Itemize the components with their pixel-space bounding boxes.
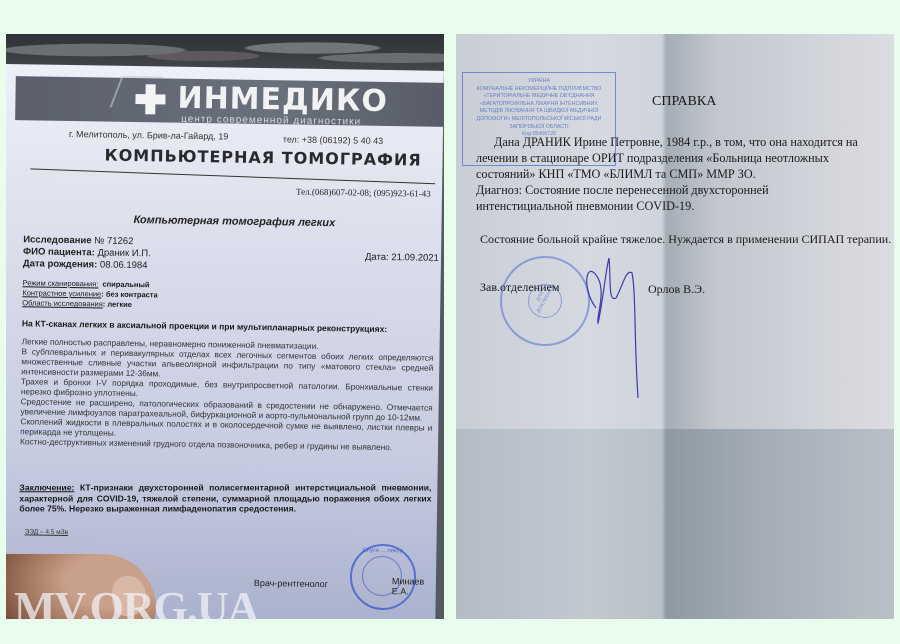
body-line: интенстициальной пневмонии COVID-19. bbox=[476, 198, 894, 214]
doctor-name: Минаев Е.А. bbox=[392, 576, 436, 597]
dob-value: 08.06.1984 bbox=[100, 260, 148, 272]
stamp-line: «ТЕРИТОРІАЛЬНЕ МЕДИЧНЕ ОБ'ЄДНАННЯ bbox=[464, 93, 614, 101]
scan-mode: спиральный bbox=[102, 280, 149, 290]
stamp-line: ЗАПОРІЗЬКОЇ ОБЛАСТІ bbox=[464, 124, 614, 132]
date-value: 21.09.2021 bbox=[391, 252, 439, 264]
patient-label: ФИО пациента: bbox=[23, 246, 95, 258]
condition-statement: Состояние больной крайне тяжелое. Нуждае… bbox=[480, 232, 891, 247]
stamp-line: ДОПОМОГИ» МЕЛІТОПОЛЬСЬКОЇ МІСЬКОЇ РАДИ bbox=[464, 116, 614, 124]
certificate-photo: УКРАЇНА КОМУНАЛЬНЕ НЕКОМЕРЦІЙНЕ ПІДПРИЄМ… bbox=[456, 34, 894, 619]
dob-label: Дата рождения: bbox=[23, 258, 98, 270]
contrast-value: : без контраста bbox=[101, 290, 158, 300]
study-number: № 71262 bbox=[94, 235, 133, 247]
radiation-dose: ЭЭД – 4.5 мЗв bbox=[25, 528, 69, 536]
ct-report-paper: ИНМЕДИКО центр современной диагностики г… bbox=[6, 64, 444, 619]
head-of-department-label: Зав.отделением bbox=[480, 280, 559, 295]
conclusion-text: КТ-признаки двухсторонней полисегментарн… bbox=[19, 482, 431, 513]
report-date: Дата: 21.09.2021 bbox=[365, 252, 439, 264]
certificate-body: Дана ДРАНИК Ирине Петровне, 1984 г.р., в… bbox=[476, 134, 894, 214]
contrast-label: Контрастное усиление bbox=[22, 288, 101, 298]
body-line: Дана ДРАНИК Ирине Петровне, 1984 г.р., в… bbox=[476, 134, 894, 150]
body-line: состояний» КНП «ТМО «БЛИМЛ та СМП» ММР З… bbox=[476, 166, 894, 182]
scan-mode-label: Режим сканирования: bbox=[22, 278, 98, 288]
findings-heading: На КТ-сканах легких в аксиальной проекци… bbox=[22, 318, 387, 334]
head-of-department-name: Орлов В.Э. bbox=[648, 282, 705, 297]
signature-icon bbox=[576, 248, 656, 408]
patient-info: Исследование № 71262 ФИО пациента: Драни… bbox=[23, 234, 151, 272]
clinic-tagline: центр современной диагностики bbox=[181, 114, 361, 128]
study-label: Исследование bbox=[23, 234, 91, 246]
conclusion-label: Заключение: bbox=[19, 482, 74, 492]
body-line: лечении в стационаре ОРИТ подразделения … bbox=[476, 150, 894, 166]
area-label: Область исследования bbox=[22, 298, 103, 308]
ct-report-photo: ИНМЕДИКО центр современной диагностики г… bbox=[6, 34, 444, 619]
clinic-address: г. Мелитополь, ул. Брив-ла-Гайард, 19 bbox=[69, 129, 229, 142]
doctor-stamp-text: Слуги ... лексу bbox=[362, 548, 402, 555]
doctor-role: Врач-рентгенолог bbox=[254, 578, 328, 589]
secondary-phones: Тел.(068)607-02-08; (095)923-61-43 bbox=[296, 187, 431, 199]
certificate-title: СПРАВКА bbox=[652, 94, 716, 110]
stamp-line: КОМУНАЛЬНЕ НЕКОМЕРЦІЙНЕ ПІДПРИЄМСТВО bbox=[464, 86, 614, 94]
body-line: Диагноз: Состояние после перенесенной дв… bbox=[476, 182, 894, 198]
site-watermark: MV.ORG.UA bbox=[14, 582, 258, 633]
clinic-phone: тел: +38 (06192) 5 40 43 bbox=[283, 134, 383, 146]
findings-text: Легкие полностью расправлены, неравномер… bbox=[20, 336, 434, 452]
conclusion: Заключение: КТ-признаки двухсторонней по… bbox=[19, 482, 431, 514]
stamp-line: УКРАЇНА bbox=[464, 78, 614, 86]
patient-name: Драник И.П. bbox=[97, 247, 150, 259]
hospital-stamp-text: УКРАЇНА КОМУНАЛЬНЕ НЕКОМЕРЦІЙНЕ ПІДПРИЄМ… bbox=[464, 78, 614, 139]
stamp-line: МЕТОДІВ ЛІКУВАННЯ ТА ШВИДКОЇ МЕДИЧНОЇ bbox=[464, 108, 614, 116]
area-value: : легкие bbox=[103, 300, 132, 309]
date-label: Дата: bbox=[365, 252, 389, 263]
department-title: КОМПЬЮТЕРНАЯ ТОМОГРАФИЯ bbox=[104, 146, 421, 170]
medical-cross-icon bbox=[135, 84, 165, 114]
report-heading: Компьютерная томография легких bbox=[133, 214, 335, 229]
header-divider bbox=[30, 168, 435, 184]
paper-fold bbox=[456, 429, 894, 619]
scan-parameters: Режим сканирования: спиральный Контрастн… bbox=[22, 278, 158, 310]
